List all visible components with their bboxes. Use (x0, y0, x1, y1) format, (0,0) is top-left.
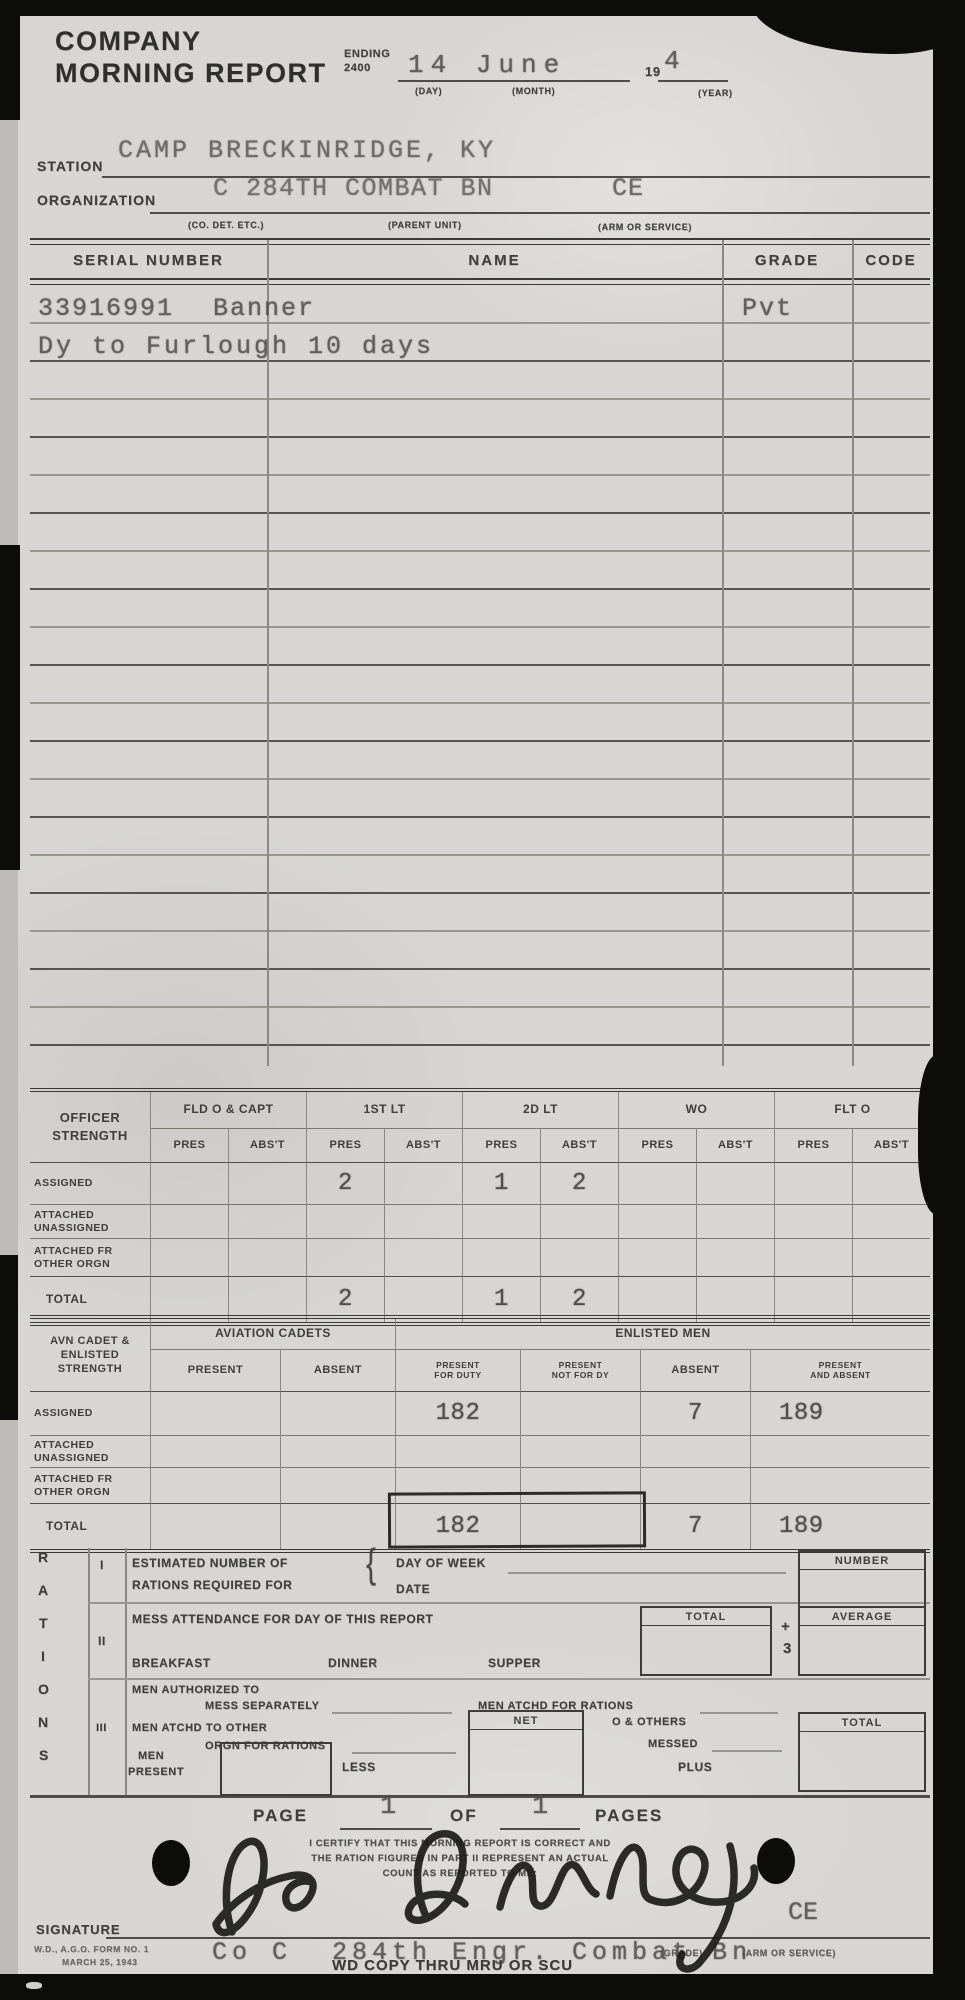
day-of-week-label: DAY OF WEEK (396, 1556, 486, 1570)
messed-line (712, 1750, 782, 1752)
men-atchd-for-rations-line (700, 1712, 778, 1714)
officer-sub-pres: PRES (150, 1128, 228, 1162)
form-number-line1: W.D., A.G.O. FORM NO. 1 (34, 1944, 149, 1954)
rations-letter: R (38, 1549, 49, 1565)
men-authorized-label: MEN AUTHORIZED TO (132, 1684, 260, 1696)
officer-row-label: ASSIGNED (30, 1162, 150, 1204)
enlisted-row-label: ATTACHED FR OTHER ORGN (30, 1467, 150, 1503)
o-and-others-label: O & OTHERS (612, 1716, 686, 1728)
officer-row-label: ATTACHED FR OTHER ORGN (30, 1238, 150, 1276)
roster-header-bottom-rule (30, 278, 930, 285)
date-typed-value: 14 June (408, 50, 566, 80)
scan-blotch-left-lower (0, 1255, 13, 1420)
morning-report-scan: COMPANY MORNING REPORT ENDING 2400 14 Ju… (0, 0, 965, 2000)
rations-divider (125, 1548, 127, 1795)
rations-total-box: TOTAL (798, 1712, 926, 1792)
mess-total-box: TOTAL (640, 1606, 772, 1676)
scan-edge-left-light (0, 870, 18, 1255)
handwritten-signature (170, 1812, 790, 1978)
scan-edge-left-top (0, 0, 20, 120)
co-det-caption: (CO. DET. ETC.) (188, 220, 264, 230)
roster-ruled-body (30, 286, 930, 1066)
date-underline (398, 80, 630, 82)
enlisted-total-absent: 7 (688, 1513, 703, 1541)
year-printed-prefix: 19 (645, 64, 661, 79)
enlisted-assigned-absent: 7 (688, 1400, 703, 1428)
enlisted-total-present-and-absent: 189 (779, 1513, 824, 1541)
average-box-label: AVERAGE (800, 1608, 924, 1626)
day-of-week-line (508, 1572, 786, 1574)
rations-estimated-line2: RATIONS REQUIRED FOR (132, 1578, 292, 1592)
officer-group-wo: WO (618, 1092, 774, 1128)
entry-remark: Dy to Furlough 10 days (38, 332, 434, 361)
organization-underline (150, 212, 930, 214)
year-typed-value: 4 (664, 46, 680, 76)
roster-header-serial: SERIAL NUMBER (30, 252, 267, 269)
station-typed-value: CAMP BRECKINRIDGE, KY (118, 136, 496, 165)
officer-sub-abst: ABS'T (228, 1128, 306, 1162)
arm-or-service-caption: (ARM OR SERVICE) (598, 222, 692, 232)
dinner-label: DINNER (328, 1656, 378, 1670)
men-label: MEN (138, 1750, 164, 1762)
officer-group-2d-lt: 2D LT (462, 1092, 618, 1128)
enlisted-row-label: ATTACHED UNASSIGNED (30, 1435, 150, 1467)
mess-total-box-label: TOTAL (642, 1608, 770, 1626)
day-caption: (DAY) (415, 86, 442, 96)
rations-estimated-line1: ESTIMATED NUMBER OF (132, 1556, 288, 1570)
men-present-box (220, 1742, 332, 1796)
signature-label: SIGNATURE (36, 1922, 121, 1937)
orgn-for-rations-line (352, 1752, 456, 1754)
scan-speck-bottom (26, 1982, 42, 1989)
roster-divider-grade-code (852, 240, 854, 1066)
signature-arm-typed: CE (788, 1898, 818, 1927)
officer-total-1stlt-pres: 2 (338, 1286, 353, 1314)
col-present-for-duty: PRESENTFOR DUTY (395, 1349, 520, 1391)
entry-serial-number: 33916991 (38, 294, 174, 323)
number-box: NUMBER (798, 1550, 926, 1608)
entry-grade: Pvt (742, 294, 793, 323)
officer-sub-pres: PRES (618, 1128, 696, 1162)
roster-header-code: CODE (852, 252, 930, 269)
month-caption: (MONTH) (512, 86, 555, 96)
ending-time-label: 2400 (344, 62, 371, 74)
officer-assigned-2dlt-pres: 1 (494, 1170, 509, 1198)
date-label: DATE (396, 1582, 430, 1596)
organization-label: ORGANIZATION (37, 192, 156, 208)
rations-divider (88, 1548, 90, 1795)
supper-label: SUPPER (488, 1656, 541, 1670)
rations-numeral-3: III (96, 1722, 107, 1734)
officer-assigned-2dlt-abst: 2 (572, 1170, 587, 1198)
breakfast-label: BREAKFAST (132, 1656, 211, 1670)
brace-glyph: { (366, 1542, 377, 1588)
net-box: NET (468, 1710, 584, 1796)
messed-label: MESSED (648, 1738, 698, 1750)
enlisted-assigned-present-for-duty: 182 (436, 1400, 481, 1428)
net-box-label: NET (470, 1712, 582, 1730)
number-box-label: NUMBER (800, 1552, 924, 1570)
roster-header-grade: GRADE (722, 252, 852, 269)
rations-letter: T (39, 1615, 48, 1631)
officer-sub-pres: PRES (462, 1128, 540, 1162)
rations-letter: N (38, 1714, 49, 1730)
officer-sub-pres: PRES (306, 1128, 384, 1162)
scan-blotch-right (918, 1055, 965, 1215)
officer-total-2dlt-pres: 1 (494, 1286, 509, 1314)
officer-sub-pres: PRES (774, 1128, 852, 1162)
enlisted-strength-title: AVN CADET & ENLISTED STRENGTH (30, 1319, 150, 1391)
form-title-line2: MORNING REPORT (55, 58, 327, 89)
rations-letter: S (39, 1747, 49, 1763)
year-underline (658, 80, 728, 82)
officer-strength-table: OFFICER STRENGTH FLD O & CAPT 1ST LT 2D … (30, 1088, 930, 1326)
enlisted-row-label: ASSIGNED (30, 1391, 150, 1435)
enlisted-row-label: TOTAL (30, 1503, 150, 1549)
officer-sub-abst: ABS'T (696, 1128, 774, 1162)
aviation-cadets-group: AVIATION CADETS (150, 1319, 395, 1349)
ending-label: ENDING (344, 48, 390, 60)
parent-unit-caption: (PARENT UNIT) (388, 220, 462, 230)
scan-edge-right (933, 0, 965, 2000)
mess-attendance-label: MESS ATTENDANCE FOR DAY OF THIS REPORT (132, 1612, 434, 1626)
rations-numeral-2: II (98, 1634, 106, 1648)
divide-plus-glyph: + (781, 1618, 790, 1635)
officer-group-1st-lt: 1ST LT (306, 1092, 462, 1128)
rations-numeral-1: I (100, 1558, 104, 1572)
scan-edge-left-light (0, 120, 18, 545)
rations-sec2-rule (88, 1678, 930, 1680)
organization-typed-value: C 284TH COMBAT BN (213, 174, 494, 203)
col-present-and-absent: PRESENTAND ABSENT (750, 1349, 930, 1391)
rations-letter: I (41, 1648, 46, 1664)
officer-strength-title: OFFICER STRENGTH (30, 1092, 150, 1162)
arm-service-typed-value: CE (612, 174, 644, 203)
mess-separately-label: MESS SEPARATELY (205, 1700, 320, 1712)
men-atchd-other-label: MEN ATCHD TO OTHER (132, 1722, 267, 1734)
scan-blotch-left-mid (0, 545, 20, 870)
rations-total-box-label: TOTAL (800, 1714, 924, 1732)
officer-group-fldo-capt: FLD O & CAPT (150, 1092, 306, 1128)
enlisted-assigned-present-and-absent: 189 (779, 1400, 824, 1428)
roster-top-rule (30, 238, 930, 245)
average-box: AVERAGE (798, 1606, 926, 1676)
officer-group-flt-o: FLT O (774, 1092, 930, 1128)
col-absent: ABSENT (640, 1349, 750, 1391)
mess-separately-line (332, 1712, 452, 1714)
enlisted-men-group: ENLISTED MEN (395, 1319, 930, 1349)
rations-letter: A (38, 1582, 49, 1598)
roster-divider-serial-name (267, 240, 269, 1066)
less-label: LESS (342, 1760, 376, 1774)
entry-name: Banner (213, 294, 315, 323)
officer-assigned-1stlt-pres: 2 (338, 1170, 353, 1198)
officer-total-2dlt-abst: 2 (572, 1286, 587, 1314)
scan-edge-bottom (0, 1974, 965, 2000)
form-title-line1: COMPANY (55, 26, 202, 57)
roster-divider-name-grade (722, 240, 724, 1066)
station-label: STATION (37, 158, 103, 174)
officer-row-label: ATTACHED UNASSIGNED (30, 1204, 150, 1238)
divide-three-glyph: 3 (783, 1640, 792, 1657)
rations-letter: O (38, 1681, 50, 1697)
pencil-annotation-box (388, 1491, 646, 1548)
year-caption: (YEAR) (698, 88, 733, 98)
officer-sub-abst: ABS'T (384, 1128, 462, 1162)
roster-header-name: NAME (267, 252, 722, 269)
col-avn-present: PRESENT (150, 1349, 280, 1391)
col-present-not-for-duty: PRESENTNOT FOR DY (520, 1349, 640, 1391)
col-avn-absent: ABSENT (280, 1349, 395, 1391)
present-label: PRESENT (128, 1766, 184, 1778)
form-number-line2: MARCH 25, 1943 (62, 1957, 137, 1967)
plus-label: PLUS (678, 1760, 712, 1774)
scan-edge-left-light (0, 1420, 18, 1974)
officer-sub-abst: ABS'T (540, 1128, 618, 1162)
